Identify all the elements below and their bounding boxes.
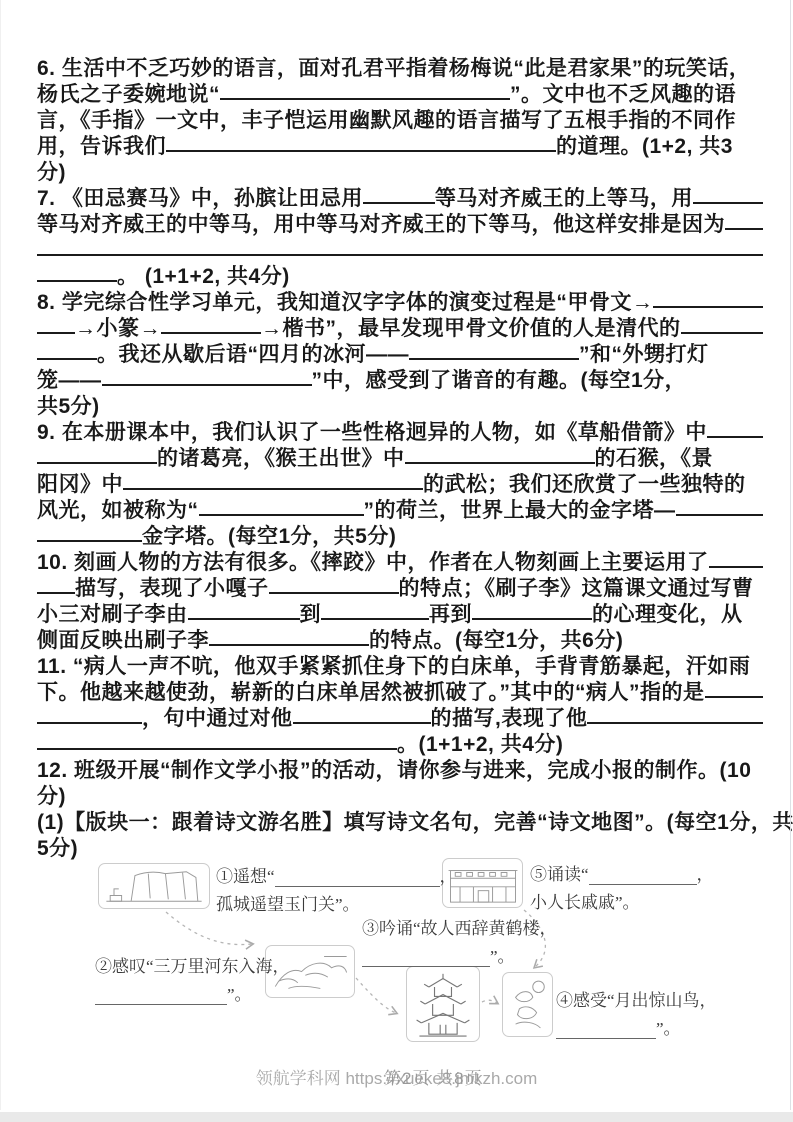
text-line: 描写，表现了小嘎子的特点；《刷子李》这篇课文通过写曹 xyxy=(37,572,763,598)
answer-blank[interactable] xyxy=(587,722,763,724)
poem-label-yumenguan: ①遥想“，孤城遥望玉门关”。 xyxy=(216,862,446,918)
text-run: ②感叹“三万里河东入海， xyxy=(95,952,290,977)
question-12: 12. 班级开展“制作文学小报”的活动，请你参与进来，完成小报的制作。(10分)… xyxy=(37,754,763,858)
text-line: 等马对齐威王的中等马，用中等马对齐威王的下等马，他这样安排是因为 xyxy=(37,208,763,234)
question-10: 10. 刻画人物的方法有很多。《摔跤》中，作者在人物刻画上主要运用了描写，表现了… xyxy=(37,546,763,650)
answer-blank[interactable] xyxy=(589,884,697,885)
text-line: 10. 刻画人物的方法有很多。《摔跤》中，作者在人物刻画上主要运用了 xyxy=(37,546,763,572)
answer-blank[interactable] xyxy=(725,228,763,230)
answer-blank[interactable] xyxy=(37,748,397,750)
answer-blank[interactable] xyxy=(209,644,369,646)
question-11: 11. “病人一声不吭，他双手紧紧抓住身下的白床单，手背青筋暴起，汗如雨下。他越… xyxy=(37,650,763,754)
text-line: ⑤诵读“， xyxy=(530,860,750,888)
answer-blank[interactable] xyxy=(707,436,763,438)
poem-map: ①遥想“，孤城遥望玉门关”。 ②感叹“三万里河东入海，”。 ③吟诵“故人西辞黄鹤… xyxy=(0,852,793,1064)
right-edge-line xyxy=(790,0,791,1110)
text-line: 言，《手指》一文中，丰子恺运用幽默风趣的语言描写了五根手指的不同作 xyxy=(37,104,763,130)
text-line: ②感叹“三万里河东入海， xyxy=(95,952,325,980)
answer-blank[interactable] xyxy=(709,566,763,568)
text-line: 下。他越来越使劲，崭新的白床单居然被抓破了。”其中的“病人”指的是 xyxy=(37,676,763,702)
text-run: ， xyxy=(697,860,714,885)
answer-blank[interactable] xyxy=(37,332,75,334)
text-line: 风光，如被称为“”的荷兰，世界上最大的金字塔— xyxy=(37,494,763,520)
answer-blank[interactable] xyxy=(37,254,763,256)
text-line: 。我还从歇后语“四月的冰河——”和“外甥打灯 xyxy=(37,338,763,364)
answer-blank[interactable] xyxy=(102,384,312,386)
text-line: ③吟诵“故人西辞黄鹤楼， xyxy=(362,914,602,942)
answer-blank[interactable] xyxy=(220,98,510,100)
answer-blank[interactable] xyxy=(362,966,490,967)
poem-label-huanghelou: ③吟诵“故人西辞黄鹤楼，”。 xyxy=(362,914,602,970)
text-run: 到 xyxy=(300,598,322,628)
text-run: ”。 xyxy=(656,1014,681,1039)
answer-blank[interactable] xyxy=(705,696,764,698)
question-6: 6. 生活中不乏巧妙的语言，面对孔君平指着杨梅说“此是君家果”的玩笑话，杨氏之子… xyxy=(37,52,763,182)
poem-label-sanwanli: ②感叹“三万里河东入海，”。 xyxy=(95,952,325,1008)
page-indicator: 第2页 共8页 xyxy=(384,1064,483,1089)
fortress-cliff-sketch xyxy=(98,863,210,909)
answer-blank[interactable] xyxy=(556,1038,656,1039)
answer-blank[interactable] xyxy=(472,618,592,620)
answer-blank[interactable] xyxy=(363,202,435,204)
text-line: 12. 班级开展“制作文学小报”的活动，请你参与进来，完成小报的制作。(10 xyxy=(37,754,763,780)
text-run: ”的荷兰，世界上最大的金字塔— xyxy=(364,494,676,524)
answer-blank[interactable] xyxy=(37,540,142,542)
text-run: ”。 xyxy=(490,942,515,967)
bottom-edge xyxy=(0,1112,793,1122)
text-line: 小人长戚戚”。 xyxy=(530,888,750,916)
answer-blank[interactable] xyxy=(409,358,579,360)
text-run: 12. 班级开展“制作文学小报”的活动，请你参与进来，完成小报的制作。(10 xyxy=(37,754,751,784)
page-footer: 领航学科网 https://xueke8.jmkzh.com 第2页 共8页 xyxy=(0,1064,793,1088)
text-run: ， xyxy=(440,862,457,887)
text-line: ①遥想“， xyxy=(216,862,446,890)
text-line: (1)【版块一：跟着诗文游名胜】填写诗文名句，完善“诗文地图”。(每空1分，共 xyxy=(37,806,763,832)
answer-blank[interactable] xyxy=(188,618,300,620)
answer-blank[interactable] xyxy=(199,514,364,516)
text-line: 9. 在本册课本中，我们认识了一些性格迥异的人物，如《草船借箭》中 xyxy=(37,416,763,442)
questions: 6. 生活中不乏巧妙的语言，面对孔君平指着杨梅说“此是君家果”的玩笑话，杨氏之子… xyxy=(37,52,763,858)
text-run: ，句中通过对他 xyxy=(142,702,293,732)
answer-blank[interactable] xyxy=(693,202,763,204)
answer-blank[interactable] xyxy=(676,514,764,516)
text-run: ”。 xyxy=(227,980,252,1005)
text-run: 的诸葛亮，《猴王出世》中 xyxy=(157,442,405,472)
text-line: 6. 生活中不乏巧妙的语言，面对孔君平指着杨梅说“此是君家果”的玩笑话， xyxy=(37,52,763,78)
answer-blank[interactable] xyxy=(275,886,440,887)
text-run: ④感受“月出惊山鸟， xyxy=(556,986,717,1011)
answer-blank[interactable] xyxy=(37,722,142,724)
answer-blank[interactable] xyxy=(37,358,97,360)
answer-blank[interactable] xyxy=(653,306,763,308)
text-run: ”中，感受到了谐音的有趣。(每空1分， xyxy=(312,364,687,394)
answer-blank[interactable] xyxy=(681,332,764,334)
answer-blank[interactable] xyxy=(161,332,261,334)
answer-blank[interactable] xyxy=(123,488,423,490)
text-run: ③吟诵“故人西辞黄鹤楼， xyxy=(362,914,557,939)
text-run: 孤城遥望玉门关”。 xyxy=(216,890,360,915)
answer-blank[interactable] xyxy=(37,592,75,594)
poem-label-yuechu: ④感受“月出惊山鸟，”。 xyxy=(556,986,756,1042)
moon-bird-sketch xyxy=(502,972,553,1037)
text-line: ”。 xyxy=(362,942,602,970)
exam-page: 6. 生活中不乏巧妙的语言，面对孔君平指着杨梅说“此是君家果”的玩笑话，杨氏之子… xyxy=(0,0,793,1122)
text-line: 。 (1+1+2, 共4分) xyxy=(37,260,763,286)
answer-blank[interactable] xyxy=(37,280,117,282)
text-run: 下。他越来越使劲，崭新的白床单居然被抓破了。”其中的“病人”指的是 xyxy=(37,676,705,706)
answer-blank[interactable] xyxy=(321,618,429,620)
text-run: ⑤诵读“ xyxy=(530,860,589,885)
answer-blank[interactable] xyxy=(293,722,431,724)
left-edge-line xyxy=(0,0,1,1110)
text-line: ”。 xyxy=(95,980,325,1008)
text-run: 等马对齐威王的中等马，用中等马对齐威王的下等马，他这样安排是因为 xyxy=(37,208,725,238)
answer-blank[interactable] xyxy=(166,150,556,152)
question-9: 9. 在本册课本中，我们认识了一些性格迥异的人物，如《草船借箭》中的诸葛亮，《猴… xyxy=(37,416,763,546)
text-run: 小人长戚戚”。 xyxy=(530,888,640,913)
question-7: 7. 《田忌赛马》中，孙膑让田忌用等马对齐威王的上等马，用等马对齐威王的中等马，… xyxy=(37,182,763,286)
text-line: →小篆→→楷书”，最早发现甲骨文价值的人是清代的 xyxy=(37,312,763,338)
text-run: (1)【版块一：跟着诗文游名胜】填写诗文名句，完善“诗文地图”。(每空1分，共 xyxy=(37,806,793,836)
text-line: ”。 xyxy=(556,1014,756,1042)
answer-blank[interactable] xyxy=(269,592,399,594)
text-run: ①遥想“ xyxy=(216,862,275,887)
answer-blank[interactable] xyxy=(95,1004,227,1005)
answer-blank[interactable] xyxy=(37,462,157,464)
text-line: 7. 《田忌赛马》中，孙膑让田忌用等马对齐威王的上等马，用 xyxy=(37,182,763,208)
text-line: ④感受“月出惊山鸟， xyxy=(556,986,756,1014)
poem-label-songdu: ⑤诵读“，小人长戚戚”。 xyxy=(530,860,750,916)
text-line: 11. “病人一声不吭，他双手紧紧抓住身下的白床单，手背青筋暴起，汗如雨 xyxy=(37,650,763,676)
yellow-crane-tower-sketch xyxy=(406,966,480,1042)
text-line: 8. 学完综合性学习单元，我知道汉字字体的演变过程是“甲骨文→ xyxy=(37,286,763,312)
text-run: 的道理。(1+2, 共3 xyxy=(556,130,733,160)
question-8: 8. 学完综合性学习单元，我知道汉字字体的演变过程是“甲骨文→→小篆→→楷书”，… xyxy=(37,286,763,416)
answer-blank[interactable] xyxy=(405,462,595,464)
